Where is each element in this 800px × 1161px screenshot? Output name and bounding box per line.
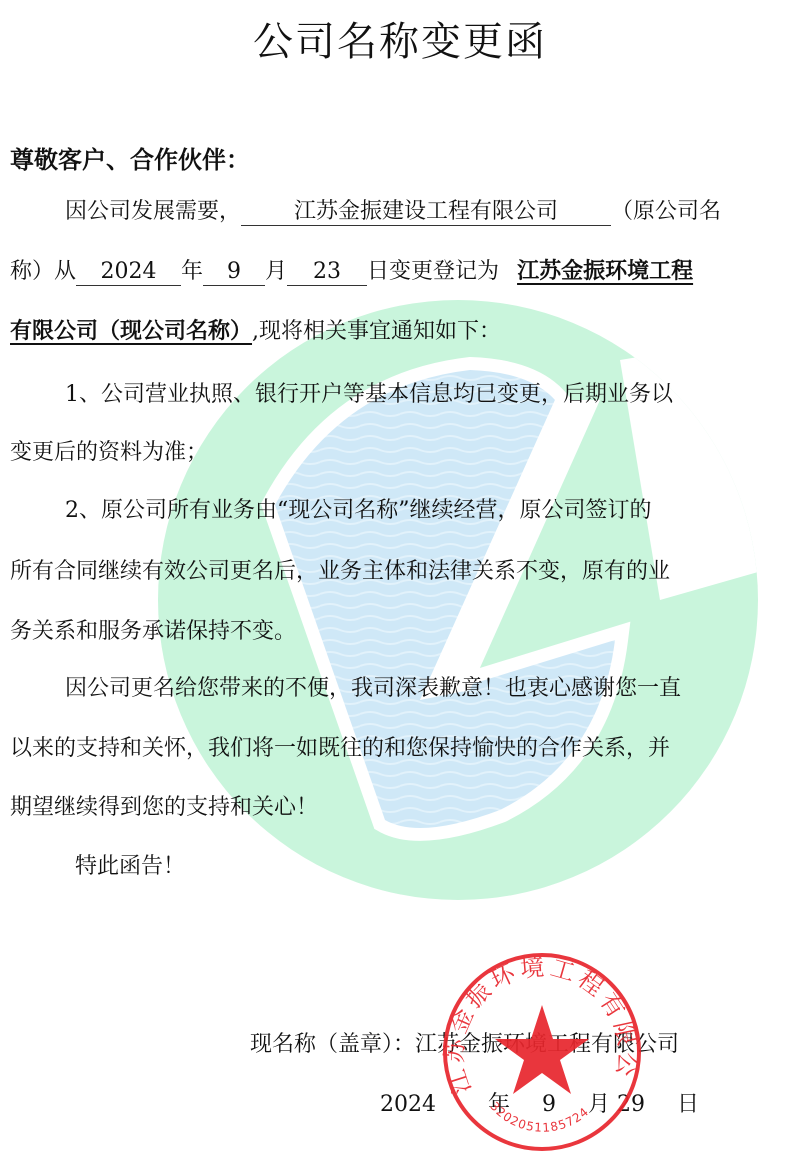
intro-text: ,现将相关事宜通知如下： <box>252 319 501 344</box>
item-1-line-1: 1、公司营业执照、银行开户等基本信息均已变更，后期业务以 <box>10 380 673 410</box>
intro-text: 因公司发展需要， <box>65 199 241 224</box>
year-unit: 年 <box>181 259 203 284</box>
intro-text: （原公司名 <box>611 199 721 224</box>
document-page: 公司名称变更函 尊敬客户、合作伙伴： 因公司发展需要，江苏金振建设工程有限公司（… <box>0 0 800 1161</box>
intro-line-3: 有限公司（现公司名称）,现将相关事宜通知如下： <box>10 317 501 347</box>
salutation: 尊敬客户、合作伙伴： <box>10 140 250 175</box>
signature-label: 现名称（盖章）： <box>250 1032 415 1057</box>
new-company-name-part1: 江苏金振环境工程 <box>499 259 693 284</box>
closing-line-3: 期望继续得到您的支持和关心！ <box>10 793 318 823</box>
notice-line: 特此函告！ <box>75 852 185 882</box>
item-1-line-2: 变更后的资料为准； <box>10 438 208 468</box>
change-month: 9 <box>203 259 265 286</box>
item-2-line-3: 务关系和服务承诺保持不变。 <box>10 617 296 647</box>
stamp-code: 3202051185724 <box>487 1099 591 1135</box>
change-day: 23 <box>287 259 367 286</box>
intro-line-2: 称）从2024年9月23日变更登记为江苏金振环境工程 <box>10 257 693 287</box>
item-2-line-2: 所有合同继续有效公司更名后，业务主体和法律关系不变，原有的业 <box>10 557 670 587</box>
intro-text: 称）从 <box>10 259 76 284</box>
company-seal-stamp: 江苏金振环境工程有限公司 3202051185724 <box>440 950 645 1155</box>
page-title: 公司名称变更函 <box>0 10 800 67</box>
svg-text:3202051185724: 3202051185724 <box>487 1099 591 1135</box>
closing-line-2: 以来的支持和关怀，我们将一如既往的和您保持愉快的合作关系，并 <box>10 734 670 764</box>
item-2-line-1: 2、原公司所有业务由“现公司名称”继续经营，原公司签订的 <box>10 496 652 526</box>
date-day-unit: 日 <box>677 1087 699 1118</box>
intro-text: 日变更登记为 <box>367 259 499 284</box>
change-year: 2024 <box>76 259 181 286</box>
closing-line-1: 因公司更名给您带来的不便，我司深表歉意！也衷心感谢您一直 <box>10 674 681 704</box>
intro-line-1: 因公司发展需要，江苏金振建设工程有限公司（原公司名 <box>10 197 721 227</box>
month-unit: 月 <box>265 259 287 284</box>
new-company-name-part2: 有限公司（现公司名称） <box>10 319 252 344</box>
date-year: 2024 <box>380 1092 436 1117</box>
old-company-name: 江苏金振建设工程有限公司 <box>241 199 611 226</box>
